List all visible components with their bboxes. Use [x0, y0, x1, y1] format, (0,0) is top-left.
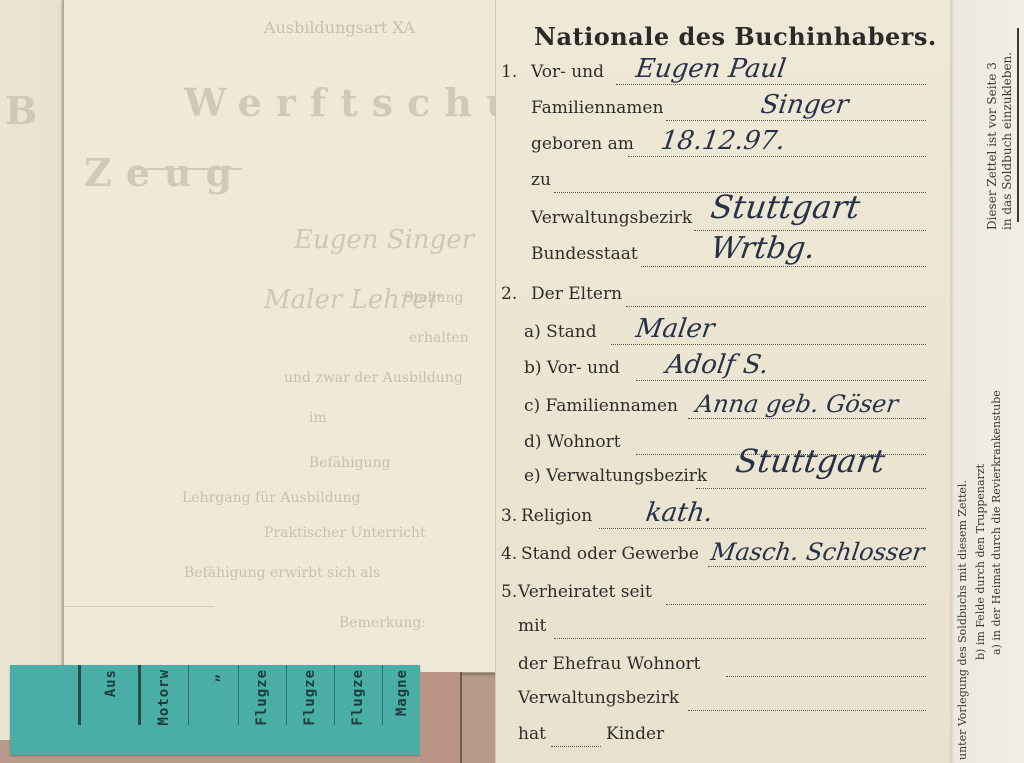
dotted-line [626, 306, 926, 307]
field-label: hat [518, 724, 546, 744]
handwritten-value: Adolf S. [664, 350, 771, 380]
form-title: Nationale des Buchinhabers. [534, 22, 937, 51]
back-header: Ausbildungsart XA [264, 18, 415, 37]
field-verwaltungsbezirk: Verwaltungsbezirk Stuttgart [496, 204, 926, 234]
handwritten-value: kath. [644, 498, 715, 528]
dotted-line [599, 528, 926, 529]
back-handwriting-name: Eugen Singer [294, 225, 474, 255]
dotted-line [666, 120, 926, 121]
handwritten-value: Maler [634, 314, 716, 344]
field-label: Vor- und [531, 62, 604, 82]
back-page: Ausbildungsart XA Werftschule der F Zeug… [62, 0, 509, 673]
slip-bottom-line-2: b) im Felde durch den Truppenarzt [974, 400, 987, 660]
field-religion: 3. Religion kath. [496, 502, 926, 532]
slip-note-line-2: in das Soldbuch einzukleben. [1000, 30, 1014, 230]
field-kinder: hat Kinder [496, 720, 926, 750]
handwritten-value: 18.12.97. [659, 126, 787, 156]
dotted-line [616, 84, 926, 85]
stub-label: Magne [394, 669, 410, 716]
field-label: Bundesstaat [531, 244, 638, 264]
back-title-2: Zeug [84, 150, 246, 195]
field-label: b) Vor- und [524, 358, 620, 378]
slip-bottom-line-1: a) in der Heimat durch die Revierkranken… [990, 345, 1003, 655]
back-line: Praktischer Unterricht [264, 525, 426, 541]
field-vorname: 1. Vor- und Eugen Paul [496, 58, 926, 88]
dotted-line [628, 156, 926, 157]
field-number: 4. [501, 544, 517, 564]
field-label: e) Verwaltungsbezirk [524, 466, 707, 486]
field-label: mit [518, 616, 546, 636]
field-label: zu [531, 170, 551, 190]
field-geboren: geboren am 18.12.97. [496, 130, 926, 160]
field-label: Verwaltungsbezirk [518, 688, 679, 708]
field-label: Familiennamen [531, 98, 663, 118]
stub-column: Flugze [286, 665, 335, 725]
instruction-slip: Dieser Zettel ist vor Seite 3 in das Sol… [950, 0, 1024, 763]
field-ehefrau-wohnort: der Ehefrau Wohnort [496, 650, 926, 680]
handwritten-value: Stuttgart [708, 188, 862, 226]
back-line: Lehrgang für Ausbildung [182, 490, 361, 506]
field-eltern-familienname: c) Familiennamen Anna geb. Göser [496, 392, 926, 422]
stub-column: „ [188, 665, 239, 725]
field-number: 5. [501, 582, 517, 602]
field-label: Religion [521, 506, 592, 526]
back-line: Stellung [404, 290, 463, 306]
back-line: Befähigung erwirbt sich als [184, 565, 380, 581]
field-label: geboren am [531, 134, 634, 154]
field-label: d) Wohnort [524, 432, 621, 452]
slip-note-line-1: Dieser Zettel ist vor Seite 3 [985, 30, 999, 230]
field-eltern-stand: a) Stand Maler [496, 318, 926, 348]
dotted-line [688, 710, 926, 711]
handwritten-value: Wrtbg. [709, 231, 818, 266]
dotted-line [696, 488, 926, 489]
field-label: Der Eltern [531, 284, 622, 304]
field-label: der Ehefrau Wohnort [518, 654, 700, 674]
stub-column: Motorw [138, 665, 189, 725]
dotted-line [688, 418, 926, 419]
back-line: im [309, 410, 327, 426]
field-familienname: Familiennamen Singer [496, 94, 926, 124]
back-page-edge: B [0, 0, 70, 740]
field-label: a) Stand [524, 322, 597, 342]
dotted-line [551, 746, 601, 747]
stub-column: Aus [78, 665, 141, 725]
stub-column: Flugze [238, 665, 287, 725]
field-number: 3. [501, 506, 517, 526]
field-bundesstaat: Bundesstaat Wrtbg. [496, 240, 926, 270]
stub-label: Motorw [156, 669, 172, 726]
teal-ticket-stub: Aus Motorw „ Flugze Flugze Flugze Magne [10, 665, 420, 755]
stub-column: Flugze [334, 665, 383, 725]
dotted-line [636, 380, 926, 381]
back-line: erhalten [409, 330, 469, 346]
stub-label: Flugze [302, 669, 318, 726]
field-mit: mit [496, 612, 926, 642]
stub-label: Aus [103, 669, 119, 697]
field-label: c) Familiennamen [524, 396, 678, 416]
dotted-line [611, 344, 926, 345]
field-label: Verheiratet seit [518, 582, 652, 602]
handwritten-value: Eugen Paul [634, 54, 788, 84]
divider [64, 606, 214, 607]
slip-bottom-line-3: unter Vorlegung des Soldbuchs mit diesem… [956, 400, 969, 760]
handwritten-value: Masch. Schlosser [709, 538, 926, 566]
field-label: Verwaltungsbezirk [531, 208, 692, 228]
handwritten-value: Singer [759, 90, 851, 120]
field-ehefrau-verwaltungsbezirk: Verwaltungsbezirk [496, 684, 926, 714]
field-eltern-vorname: b) Vor- und Adolf S. [496, 354, 926, 384]
cover-edge [420, 672, 462, 763]
stub-column [10, 665, 81, 725]
nationale-form: Nationale des Buchinhabers. 1. Vor- und … [495, 0, 951, 763]
field-label-suffix: Kinder [606, 724, 664, 744]
back-line: Bemerkung: [339, 615, 426, 631]
back-line: Befähigung [309, 455, 391, 471]
rule [1017, 28, 1019, 222]
dotted-line [666, 604, 926, 605]
dotted-line [726, 676, 926, 677]
field-verheiratet-seit: 5. Verheiratet seit [496, 578, 926, 608]
field-stand-gewerbe: 4. Stand oder Gewerbe Masch. Schlosser [496, 540, 926, 570]
field-eltern-verwaltungsbezirk: e) Verwaltungsbezirk Stuttgart [496, 462, 926, 492]
dotted-line [554, 638, 926, 639]
back-line: und zwar der Ausbildung [284, 370, 463, 386]
stub-label: Flugze [350, 669, 366, 726]
field-der-eltern: 2. Der Eltern [496, 280, 926, 310]
stub-column: Magne [382, 665, 420, 725]
dotted-line [641, 266, 926, 267]
handwritten-value: Stuttgart [733, 442, 887, 480]
field-number: 2. [501, 284, 517, 304]
stub-label: „ [206, 673, 222, 682]
field-number: 1. [501, 62, 517, 82]
field-label: Stand oder Gewerbe [521, 544, 699, 564]
dotted-line [708, 566, 926, 567]
handwritten-value: Anna geb. Göser [694, 390, 900, 418]
stub-label: Flugze [254, 669, 270, 726]
faded-title-fragment: B [5, 88, 51, 133]
